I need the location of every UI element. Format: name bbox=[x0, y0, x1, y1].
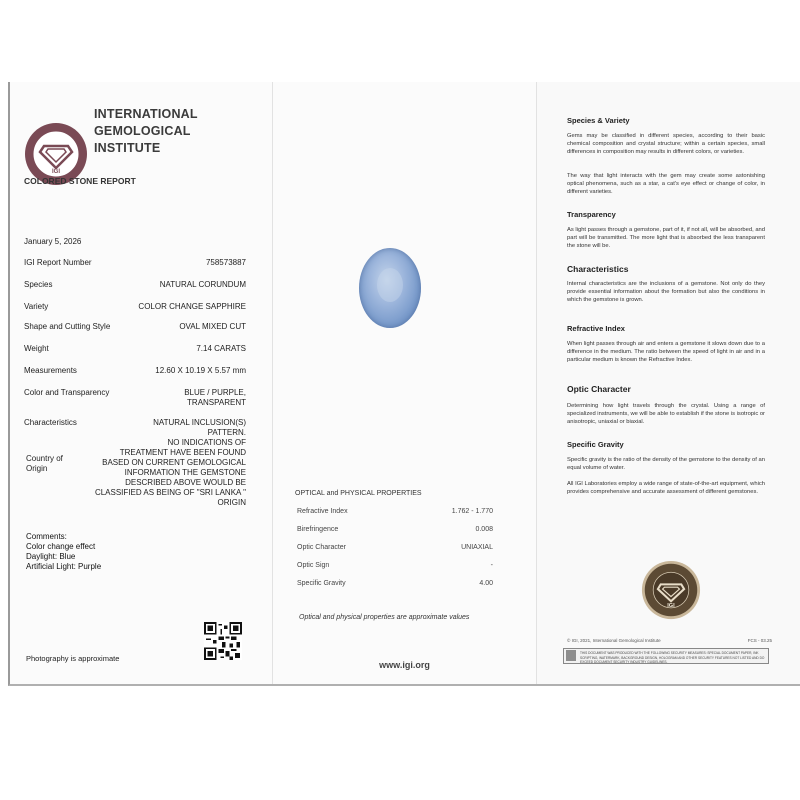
characteristics-line: BASED ON CURRENT GEMOLOGICAL bbox=[86, 458, 246, 468]
origin-label-line: Country of bbox=[26, 454, 86, 464]
svg-text:IGI: IGI bbox=[667, 603, 675, 609]
website-link[interactable]: www.igi.org bbox=[273, 660, 536, 670]
characteristics-line: NATURAL INCLUSION(S) bbox=[86, 418, 246, 428]
property-value: - bbox=[491, 562, 493, 569]
characteristics-line: PATTERN. bbox=[86, 428, 246, 438]
property-label: Specific Gravity bbox=[297, 580, 346, 587]
property-value: 4.00 bbox=[479, 580, 493, 587]
field-value: NATURAL CORUNDUM bbox=[160, 280, 246, 290]
copyright-text: © IGI, 2021, International Gemological I… bbox=[567, 638, 661, 643]
gem-properties-panel: OPTICAL and PHYSICAL PROPERTIES Refracti… bbox=[272, 82, 536, 684]
lock-icon bbox=[566, 650, 576, 661]
characteristics-line: CLASSIFIED AS BEING OF "SRI LANKA " bbox=[86, 488, 246, 498]
section-title: Characteristics bbox=[567, 264, 628, 274]
section-title: Transparency bbox=[567, 210, 616, 219]
section-text: When light passes through air and enters… bbox=[567, 340, 765, 364]
security-note: This document was produced with the foll… bbox=[580, 651, 766, 665]
section-text: Internal characteristics are the inclusi… bbox=[567, 280, 765, 304]
section-text: Gems may be classified in different spec… bbox=[567, 132, 765, 156]
report-details-panel: IGI INTERNATIONAL GEMOLOGICAL INSTITUTE … bbox=[10, 82, 272, 684]
organization-name: INTERNATIONAL GEMOLOGICAL INSTITUTE bbox=[94, 106, 198, 157]
report-document: IGI INTERNATIONAL GEMOLOGICAL INSTITUTE … bbox=[8, 82, 800, 686]
section-text: As light passes through a gemstone, part… bbox=[567, 226, 765, 250]
report-date: January 5, 2026 bbox=[24, 237, 81, 246]
security-notice-bar: This document was produced with the foll… bbox=[563, 648, 769, 664]
field-label: Species bbox=[24, 280, 52, 289]
org-name-line: INSTITUTE bbox=[94, 140, 198, 157]
field-value: 12.60 X 10.19 X 5.57 mm bbox=[155, 366, 246, 376]
form-code: FCS - 03.25 bbox=[748, 638, 772, 643]
field-label: Variety bbox=[24, 302, 48, 311]
characteristics-line: TREATMENT HAVE BEEN FOUND bbox=[86, 448, 246, 458]
section-title: Refractive Index bbox=[567, 324, 625, 333]
country-of-origin-label: Country of Origin bbox=[26, 454, 86, 474]
field-label: IGI Report Number bbox=[24, 258, 92, 267]
section-text: Determining how light travels through th… bbox=[567, 402, 765, 426]
field-value: COLOR CHANGE SAPPHIRE bbox=[138, 302, 246, 312]
section-text: All IGI Laboratories employ a wide range… bbox=[567, 480, 765, 496]
property-label: Optic Sign bbox=[297, 562, 329, 569]
properties-title: OPTICAL and PHYSICAL PROPERTIES bbox=[295, 490, 422, 497]
comments-title: Comments: bbox=[26, 532, 101, 542]
characteristics-line: INFORMATION THE GEMSTONE bbox=[86, 468, 246, 478]
field-value-line: BLUE / PURPLE, bbox=[184, 388, 246, 398]
svg-text:IGI: IGI bbox=[52, 169, 60, 175]
field-value: 758573887 bbox=[206, 258, 246, 268]
comment-line: Artificial Light: Purple bbox=[26, 562, 101, 572]
field-label: Shape and Cutting Style bbox=[24, 322, 110, 331]
igi-gold-seal-icon: IGI bbox=[641, 560, 701, 620]
property-label: Refractive Index bbox=[297, 508, 348, 515]
field-value: BLUE / PURPLE, TRANSPARENT bbox=[184, 388, 246, 408]
field-value: OVAL MIXED CUT bbox=[179, 322, 246, 332]
field-value: 7.14 CARATS bbox=[196, 344, 246, 354]
comment-line: Daylight: Blue bbox=[26, 552, 101, 562]
report-type-title: COLORED STONE REPORT bbox=[24, 176, 136, 186]
photography-note: Photography is approximate bbox=[26, 654, 119, 663]
qr-code-icon[interactable] bbox=[204, 622, 242, 660]
org-name-line: GEMOLOGICAL bbox=[94, 123, 198, 140]
org-name-line: INTERNATIONAL bbox=[94, 106, 198, 123]
section-title: Optic Character bbox=[567, 384, 631, 394]
gemstone-photo bbox=[359, 248, 421, 328]
section-title: Species & Variety bbox=[567, 116, 630, 125]
characteristics-line: ORIGIN bbox=[86, 498, 246, 508]
section-text: Specific gravity is the ratio of the den… bbox=[567, 456, 765, 472]
characteristics-line: DESCRIBED ABOVE WOULD BE bbox=[86, 478, 246, 488]
property-label: Birefringence bbox=[297, 526, 338, 533]
approximate-values-note: Optical and physical properties are appr… bbox=[299, 614, 469, 621]
information-panel: Species & Variety Gems may be classified… bbox=[536, 82, 800, 684]
comment-line: Color change effect bbox=[26, 542, 101, 552]
property-label: Optic Character bbox=[297, 544, 346, 551]
section-text: The way that light interacts with the ge… bbox=[567, 172, 765, 196]
comments-block: Comments: Color change effect Daylight: … bbox=[26, 532, 101, 572]
field-label: Color and Transparency bbox=[24, 388, 109, 397]
property-value: 1.762 - 1.770 bbox=[452, 508, 493, 515]
section-title: Specific Gravity bbox=[567, 440, 624, 449]
field-label: Weight bbox=[24, 344, 49, 353]
property-value: 0.008 bbox=[475, 526, 493, 533]
field-value-line: TRANSPARENT bbox=[184, 398, 246, 408]
characteristics-line: NO INDICATIONS OF bbox=[86, 438, 246, 448]
characteristics-label: Characteristics bbox=[24, 418, 77, 427]
origin-label-line: Origin bbox=[26, 464, 86, 474]
property-value: UNIAXIAL bbox=[461, 544, 493, 551]
characteristics-value: NATURAL INCLUSION(S)PATTERN.NO INDICATIO… bbox=[86, 418, 246, 508]
field-label: Measurements bbox=[24, 366, 77, 375]
